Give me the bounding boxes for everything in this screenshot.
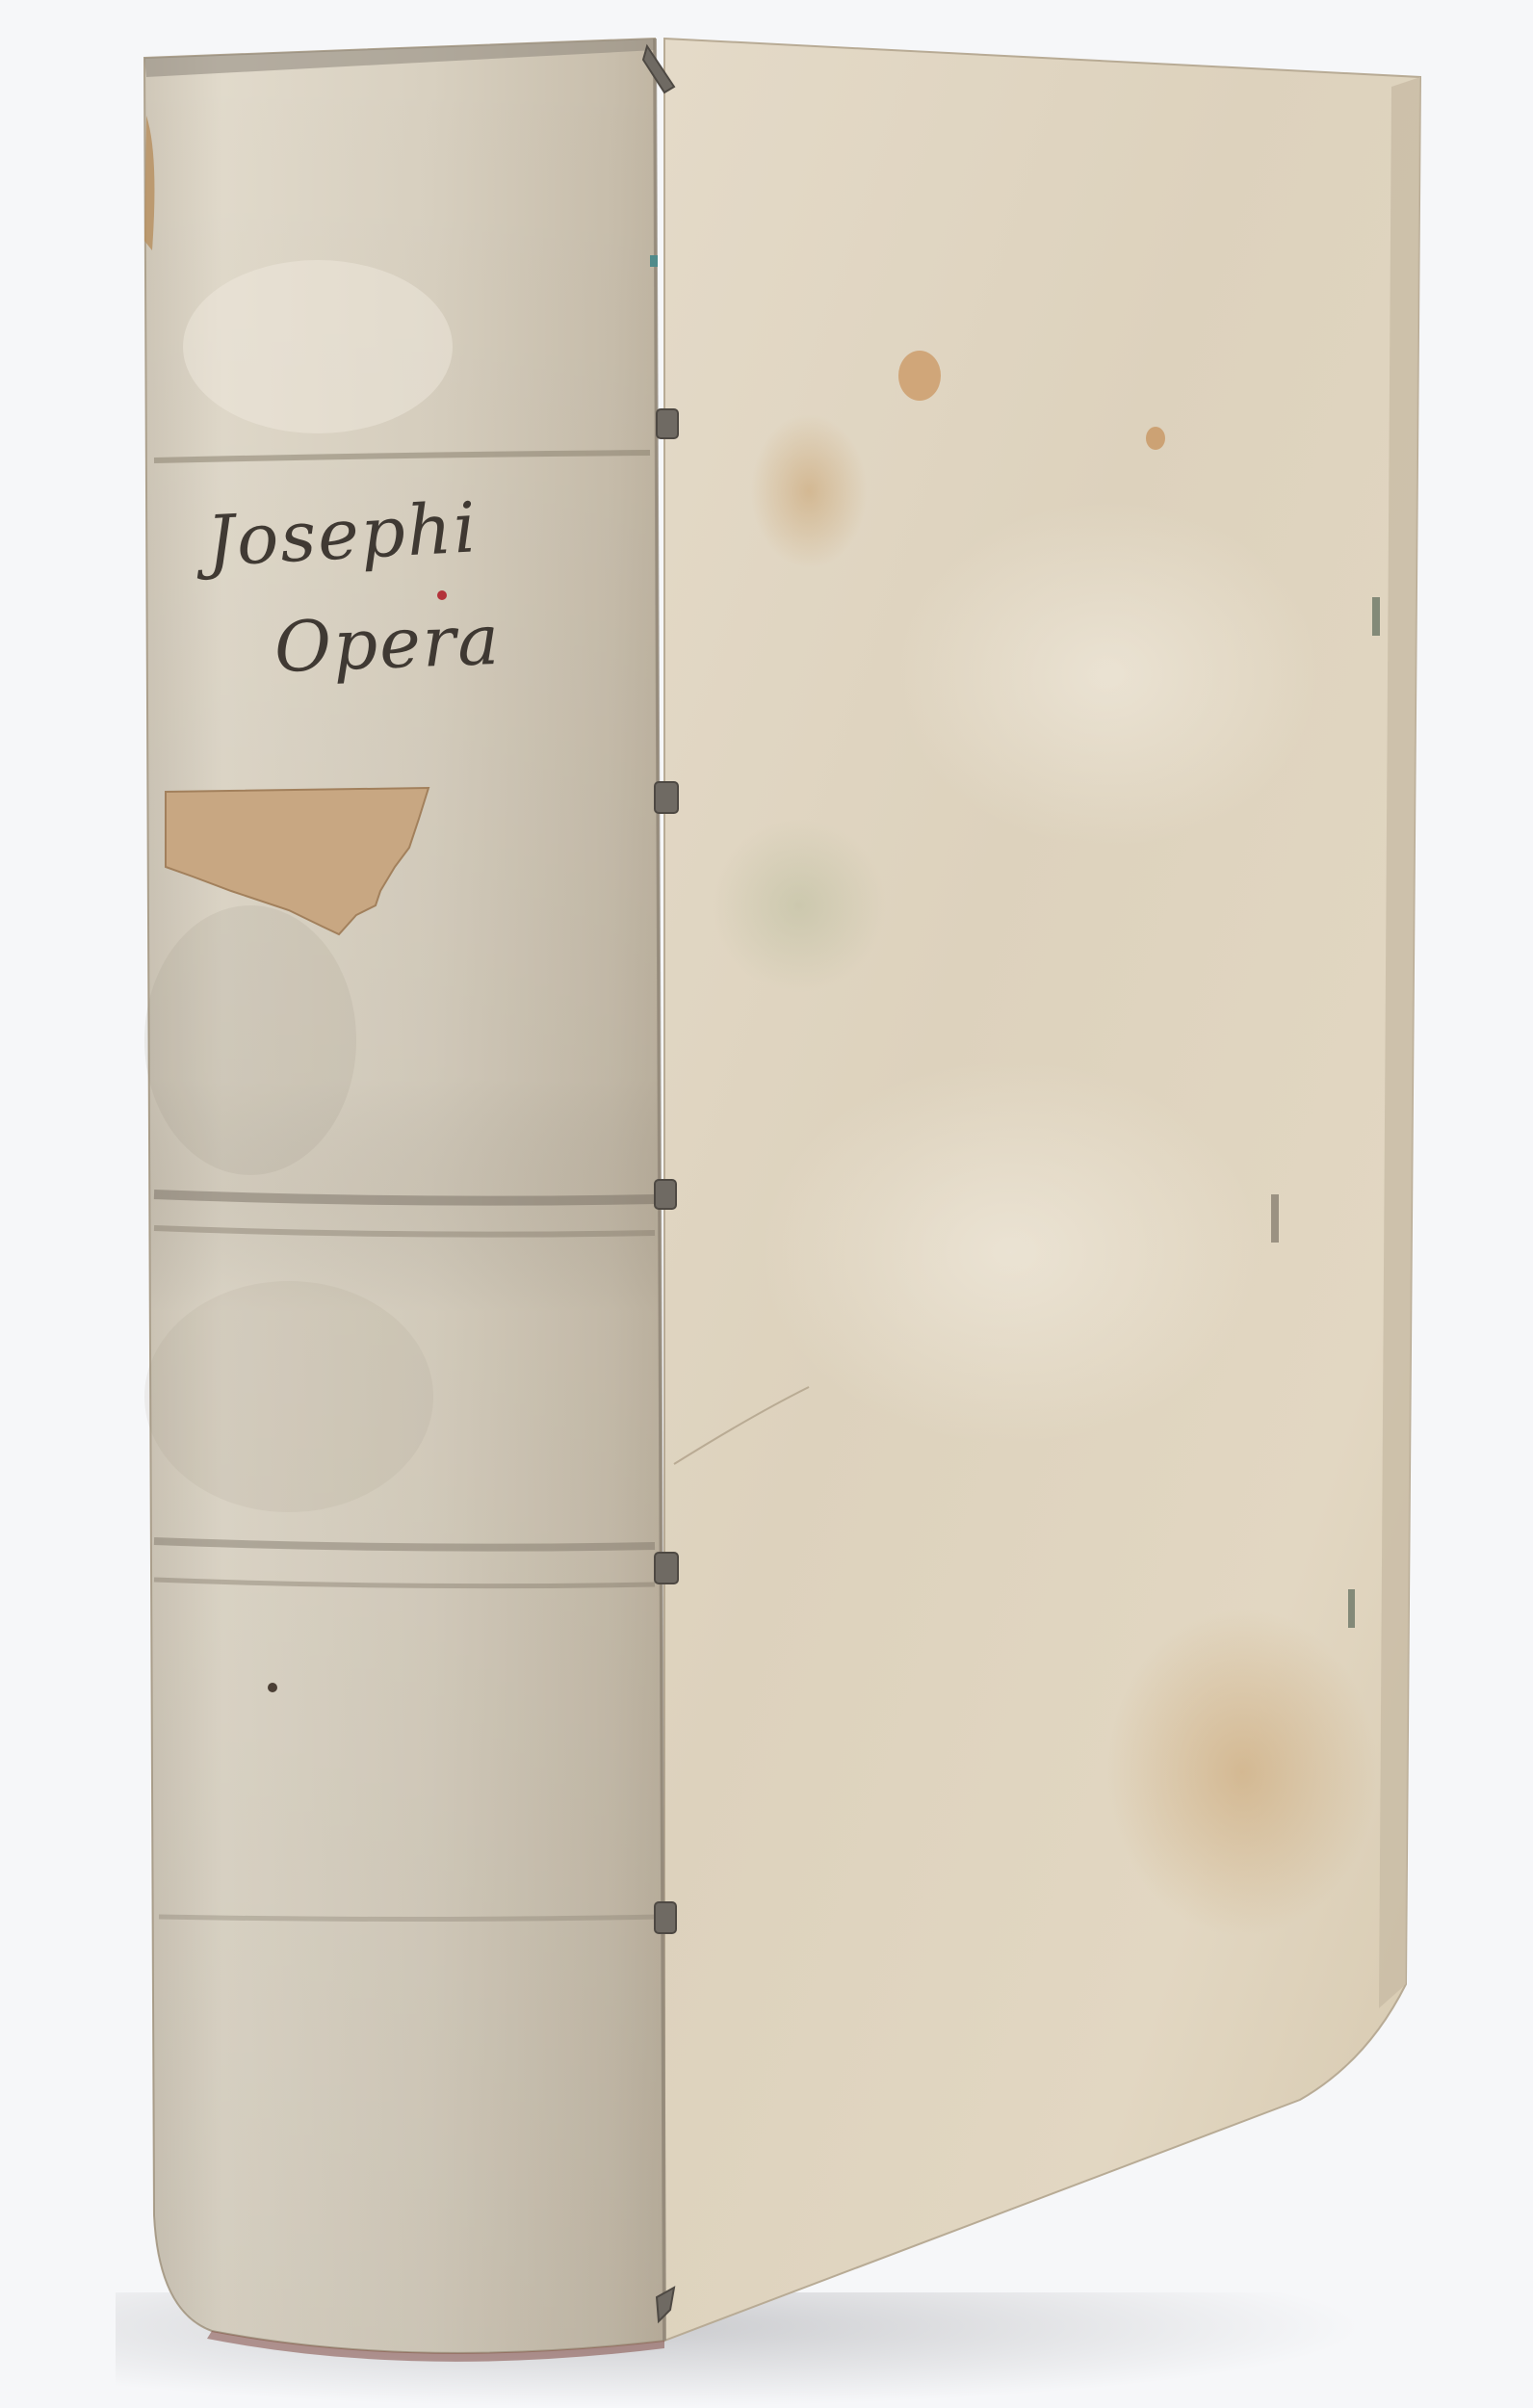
tie-icon — [655, 1553, 678, 1584]
spine-label-line1: Josephi — [205, 486, 480, 582]
tie-icon — [655, 782, 678, 813]
tie-icon — [657, 409, 678, 438]
tie-icon — [655, 1902, 676, 1933]
vellum-book — [0, 0, 1533, 2408]
spine-label-line2: Opera — [273, 599, 503, 688]
photo-scene: Josephi Opera — [0, 0, 1533, 2408]
tie-icon — [655, 1180, 676, 1209]
